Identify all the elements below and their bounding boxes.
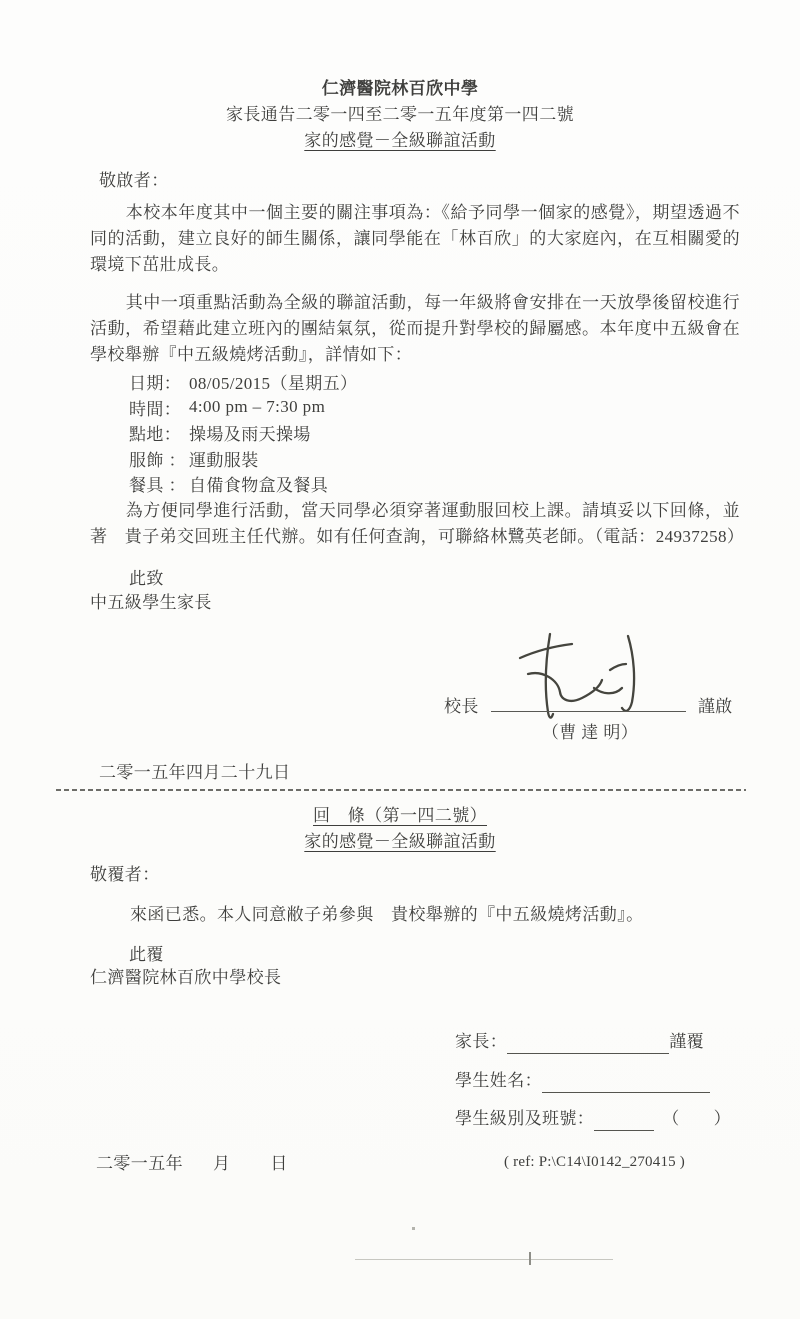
class-label: 學生級別及班號： xyxy=(455,1107,594,1131)
class-paren-close: ） xyxy=(714,1107,731,1131)
detail-date-label: 日期： xyxy=(129,369,189,394)
detail-attire-label: 服飾 ： xyxy=(129,446,189,471)
paragraph-3: 為方便同學進行活動，當天同學必須穿著運動服回校上課。請填妥以下回條，並著 貴子弟… xyxy=(90,498,740,550)
notice-number-line: 家長通告二零一四至二零一五年度第一四二號 xyxy=(0,102,800,128)
letter-addressee: 中五級學生家長 xyxy=(90,588,212,613)
signature-row: 校長謹啟 xyxy=(444,692,733,717)
notice-subject: 家的感覺－全級聯誼活動 xyxy=(0,128,800,154)
signature-role: 校長 xyxy=(444,697,479,716)
reply-salutation: 敬覆者： xyxy=(90,860,160,885)
reply-addressee: 仁濟醫院林百欣中學校長 xyxy=(90,963,281,988)
reply-date-year: 二零一五年 xyxy=(96,1154,183,1173)
tear-off-divider xyxy=(56,789,746,791)
class-line xyxy=(594,1110,654,1131)
reply-body: 來函已悉。本人同意敝子弟參與 貴校舉辦的『中五級燒烤活動』。 xyxy=(130,900,690,925)
scan-artifact-line xyxy=(355,1259,613,1260)
event-details: 日期： 08/05/2015（星期五） 時間： 4:00 pm – 7:30 p… xyxy=(129,369,357,497)
detail-date-value: 08/05/2015（星期五） xyxy=(189,369,357,394)
reply-closing: 此覆 xyxy=(129,940,164,965)
signature-line xyxy=(491,692,686,712)
reply-date-month: 月 xyxy=(213,1154,230,1173)
scanned-notice-page: 仁濟醫院林百欣中學 家長通告二零一四至二零一五年度第一四二號 家的感覺－全級聯誼… xyxy=(0,0,800,1319)
student-name-label: 學生姓名： xyxy=(455,1069,542,1093)
file-reference: ( ref: P:\C14\I0142_270415 ) xyxy=(504,1154,685,1171)
reply-slip-header: 回 條（第一四二號） 家的感覺－全級聯誼活動 xyxy=(0,803,800,855)
detail-utensils-value: 自備食物盒及餐具 xyxy=(189,471,328,496)
scan-artifact-dot xyxy=(412,1227,415,1230)
paragraph-1: 本校本年度其中一個主要的關注事項為：《給予同學一個家的感覺》，期望透過不同的活動… xyxy=(90,200,740,278)
detail-time: 時間： 4:00 pm – 7:30 pm xyxy=(129,395,357,421)
detail-venue-label: 點地： xyxy=(129,420,189,445)
detail-venue-value: 操場及雨天操場 xyxy=(189,420,311,445)
parent-suffix: 謹覆 xyxy=(669,1030,704,1054)
detail-utensils-label: 餐具 ： xyxy=(129,471,189,496)
detail-utensils: 餐具 ： 自備食物盒及餐具 xyxy=(129,471,357,497)
letter-date: 二零一五年四月二十九日 xyxy=(99,758,290,783)
detail-time-label: 時間： xyxy=(129,395,189,420)
class-field-row: 學生級別及班號：（） xyxy=(455,1107,731,1131)
school-name: 仁濟醫院林百欣中學 xyxy=(0,76,800,102)
reply-date-day: 日 xyxy=(270,1154,287,1173)
parent-signature-line xyxy=(507,1033,669,1054)
student-name-line xyxy=(542,1072,710,1093)
paragraph-2: 其中一項重點活動為全級的聯誼活動，每一年級將會安排在一天放學後留校進行活動，希望… xyxy=(90,290,740,368)
detail-time-value: 4:00 pm – 7:30 pm xyxy=(189,397,325,417)
parent-label: 家長： xyxy=(455,1030,507,1054)
class-paren-open: （ xyxy=(662,1107,679,1131)
student-name-field-row: 學生姓名： xyxy=(455,1069,710,1093)
letterhead: 仁濟醫院林百欣中學 家長通告二零一四至二零一五年度第一四二號 家的感覺－全級聯誼… xyxy=(0,76,800,154)
reply-date-line: 二零一五年月日 xyxy=(96,1152,288,1176)
letter-closing: 此致 xyxy=(129,564,164,589)
detail-venue: 點地： 操場及雨天操場 xyxy=(129,420,357,446)
reply-slip-subject: 家的感覺－全級聯誼活動 xyxy=(0,829,800,855)
detail-date: 日期： 08/05/2015（星期五） xyxy=(129,369,357,395)
scan-artifact-tick xyxy=(529,1252,531,1265)
signature-suffix: 謹啟 xyxy=(698,697,733,716)
principal-name: （曹 達 明） xyxy=(490,718,690,743)
salutation: 敬啟者： xyxy=(99,166,169,191)
reply-slip-title: 回 條（第一四二號） xyxy=(0,803,800,829)
parent-field-row: 家長：謹覆 xyxy=(455,1030,704,1054)
detail-attire-value: 運動服裝 xyxy=(189,446,259,471)
detail-attire: 服飾 ： 運動服裝 xyxy=(129,446,357,472)
